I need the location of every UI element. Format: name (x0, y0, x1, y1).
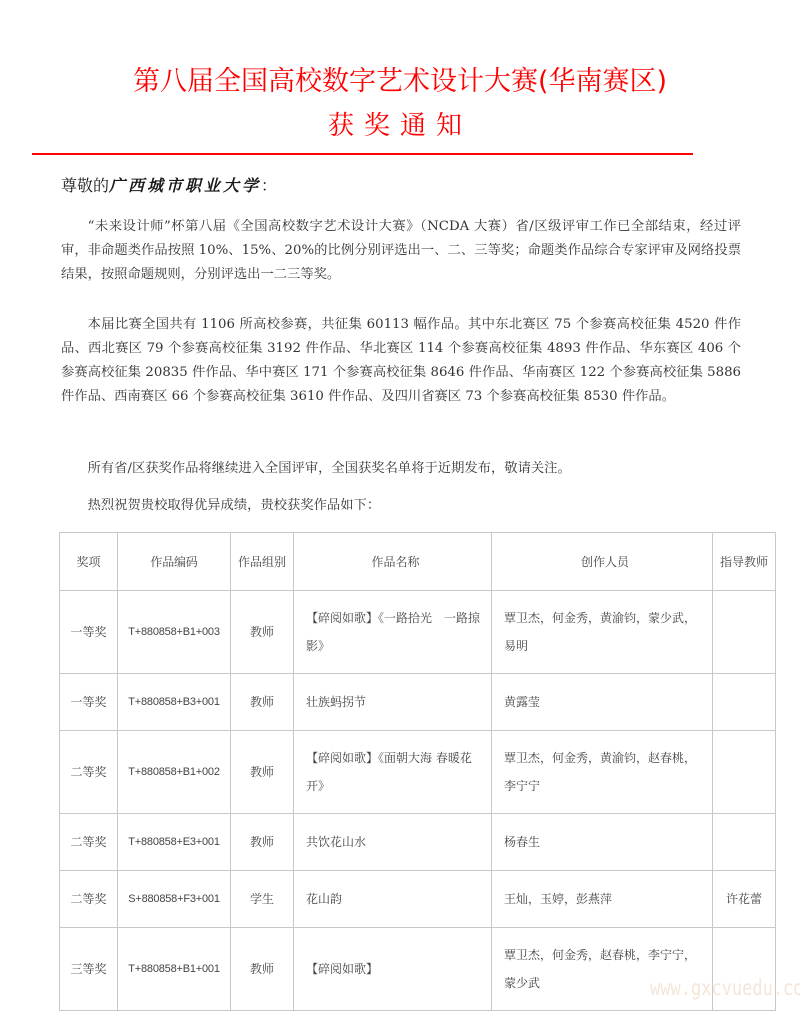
cell-title: 【碎阅如歌】《一路拾光 一路掠影》 (294, 591, 492, 674)
cell-award: 二等奖 (60, 871, 118, 928)
header-title: 作品名称 (294, 533, 492, 591)
cell-title: 【碎阅如歌】 (294, 928, 492, 1011)
cell-award: 一等奖 (60, 674, 118, 731)
paragraph-national-review: 所有省/区获奖作品将继续进入全国评审，全国获奖名单将于近期发布，敬请关注。 (61, 457, 741, 481)
document-subtitle: 获奖通知 (0, 108, 800, 144)
cell-title: 壮族蚂拐节 (294, 674, 492, 731)
table-row: 二等奖 S+880858+F3+001 学生 花山韵 王灿，玉婷，彭燕萍 许花蕾 (60, 871, 776, 928)
table-header-row: 奖项 作品编码 作品组别 作品名称 创作人员 指导教师 (60, 533, 776, 591)
salutation-colon: ： (261, 176, 277, 195)
header-group: 作品组别 (231, 533, 294, 591)
document-title: 第八届全国高校数字艺术设计大赛(华南赛区) (0, 64, 800, 100)
header-award: 奖项 (60, 533, 118, 591)
cell-code: T+880858+B1+002 (118, 731, 231, 814)
cell-title: 【碎阅如歌】《面朝大海 春暖花开》 (294, 731, 492, 814)
cell-code: T+880858+E3+001 (118, 814, 231, 871)
cell-code: T+880858+B1+001 (118, 928, 231, 1011)
cell-award: 三等奖 (60, 928, 118, 1011)
cell-advisor (713, 674, 776, 731)
cell-group: 教师 (231, 674, 294, 731)
cell-group: 教师 (231, 591, 294, 674)
recipient-school: 广西城市职业大学 (109, 176, 261, 195)
header-code: 作品编码 (118, 533, 231, 591)
paragraph-review-results: “未来设计师”杯第八届《全国高校数字艺术设计大赛》（NCDA 大赛）省/区级评审… (61, 215, 741, 287)
cell-advisor (713, 591, 776, 674)
cell-title: 共饮花山水 (294, 814, 492, 871)
cell-group: 教师 (231, 928, 294, 1011)
awards-table: 奖项 作品编码 作品组别 作品名称 创作人员 指导教师 一等奖 T+880858… (59, 532, 776, 1011)
cell-people: 覃卫杰，何金秀，黄渝钧，赵春桃，李宁宁 (492, 731, 713, 814)
cell-people: 覃卫杰，何金秀，黄渝钧，蒙少武，易明 (492, 591, 713, 674)
cell-award: 一等奖 (60, 591, 118, 674)
table-row: 一等奖 T+880858+B3+001 教师 壮族蚂拐节 黄露莹 (60, 674, 776, 731)
cell-advisor: 许花蕾 (713, 871, 776, 928)
paragraph-participation-stats: 本届比赛全国共有 1106 所高校参赛，共征集 60113 幅作品。其中东北赛区… (61, 313, 741, 409)
salutation: 尊敬的广西城市职业大学： (61, 174, 277, 198)
site-watermark: www.gxcvuedu.com (650, 976, 800, 1001)
header-advisor: 指导教师 (713, 533, 776, 591)
paragraph-congratulations: 热烈祝贺贵校取得优异成绩，贵校获奖作品如下： (61, 494, 741, 518)
cell-people: 杨春生 (492, 814, 713, 871)
cell-group: 学生 (231, 871, 294, 928)
table-row: 二等奖 T+880858+B1+002 教师 【碎阅如歌】《面朝大海 春暖花开》… (60, 731, 776, 814)
cell-award: 二等奖 (60, 731, 118, 814)
cell-people: 黄露莹 (492, 674, 713, 731)
cell-code: S+880858+F3+001 (118, 871, 231, 928)
cell-people: 王灿，玉婷，彭燕萍 (492, 871, 713, 928)
cell-title: 花山韵 (294, 871, 492, 928)
cell-group: 教师 (231, 731, 294, 814)
cell-code: T+880858+B1+003 (118, 591, 231, 674)
header-divider (32, 153, 693, 155)
cell-advisor (713, 731, 776, 814)
header-people: 创作人员 (492, 533, 713, 591)
cell-award: 二等奖 (60, 814, 118, 871)
cell-code: T+880858+B3+001 (118, 674, 231, 731)
cell-group: 教师 (231, 814, 294, 871)
salutation-prefix: 尊敬的 (61, 176, 109, 195)
table-row: 二等奖 T+880858+E3+001 教师 共饮花山水 杨春生 (60, 814, 776, 871)
table-row: 一等奖 T+880858+B1+003 教师 【碎阅如歌】《一路拾光 一路掠影》… (60, 591, 776, 674)
cell-advisor (713, 814, 776, 871)
